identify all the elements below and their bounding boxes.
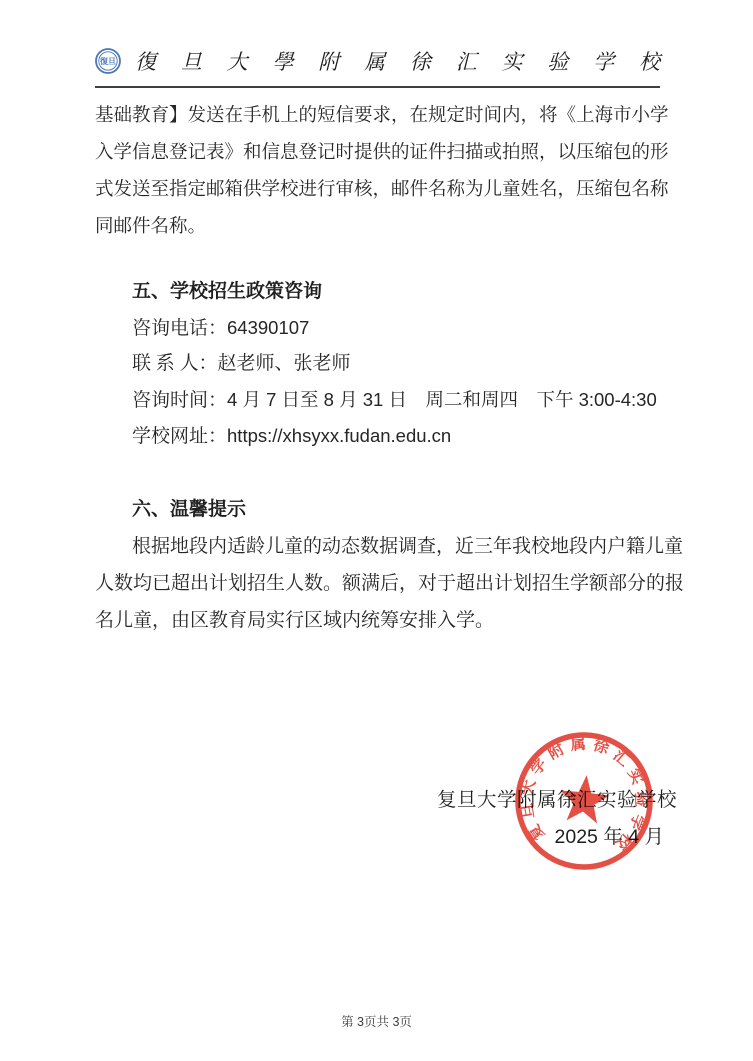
school-name-char: 附 — [318, 46, 339, 76]
page-header: 復旦 復 旦 大 學 附 属 徐 汇 实 验 学 校 — [95, 46, 660, 88]
consult-phone-value: 64390107 — [227, 317, 309, 338]
tips-paragraph: 根据地段内适龄儿童的动态数据调查，近三年我校地段内户籍儿童 人数均已超出计划招生… — [95, 528, 660, 639]
signature-date: 2025 年 4 月 — [437, 819, 664, 856]
school-name-char: 学 — [593, 46, 614, 76]
school-name-char: 实 — [502, 46, 523, 76]
signature-block: 复旦大学附属徐汇实验学校 2025 年 4 月 — [437, 782, 677, 856]
section5-heading: 五、学校招生政策咨询 — [95, 274, 660, 310]
fudan-seal-logo-icon: 復旦 — [95, 48, 121, 74]
document-page: 復旦 復 旦 大 學 附 属 徐 汇 实 验 学 校 基础教育】发送在手机上的短… — [0, 0, 753, 1061]
school-name-char: 大 — [227, 46, 248, 76]
paragraph-line: 同邮件名称。 — [95, 209, 660, 246]
consult-time-label: 咨询时间： — [132, 390, 227, 411]
school-website-label: 学校网址： — [132, 426, 227, 447]
school-name-char: 徐 — [410, 46, 431, 76]
consult-time-value: 4 月 7 日至 8 月 31 日 周二和周四 下午 3:00-4:30 — [227, 389, 657, 410]
school-name-char: 校 — [639, 46, 660, 76]
school-name-char: 汇 — [456, 46, 477, 76]
school-website-row: 学校网址：https://xhsyxx.fudan.edu.cn — [95, 418, 660, 454]
signature-school-name: 复旦大学附属徐汇实验学校 — [437, 782, 677, 819]
consult-time-row: 咨询时间：4 月 7 日至 8 月 31 日 周二和周四 下午 3:00-4:3… — [95, 382, 660, 418]
school-name-char: 验 — [547, 46, 568, 76]
paragraph-line: 根据地段内适龄儿童的动态数据调查，近三年我校地段内户籍儿童 — [95, 528, 660, 565]
school-name-char: 属 — [364, 46, 385, 76]
school-name-char: 復 — [135, 46, 156, 76]
section6-heading: 六、温馨提示 — [95, 492, 660, 528]
section-tips: 六、温馨提示 — [95, 492, 660, 528]
consult-phone-row: 咨询电话：64390107 — [95, 310, 660, 346]
school-name-char: 學 — [272, 46, 293, 76]
contact-person-value: 赵老师、张老师 — [218, 353, 351, 374]
paragraph-continued: 基础教育】发送在手机上的短信要求，在规定时间内，将《上海市小学 入学信息登记表》… — [95, 98, 660, 246]
paragraph-line: 人数均已超出计划招生人数。额满后，对于超出计划招生学额部分的报 — [95, 565, 660, 602]
school-name-char: 旦 — [181, 46, 202, 76]
section-consultation: 五、学校招生政策咨询 咨询电话：64390107 联 系 人：赵老师、张老师 咨… — [95, 274, 660, 454]
school-name-calligraphy: 復 旦 大 學 附 属 徐 汇 实 验 学 校 — [135, 46, 660, 76]
paragraph-line: 式发送至指定邮箱供学校进行审核，邮件名称为儿童姓名，压缩包名称 — [95, 172, 660, 209]
contact-person-row: 联 系 人：赵老师、张老师 — [95, 346, 660, 382]
school-website-url: https://xhsyxx.fudan.edu.cn — [227, 425, 451, 446]
logo-glyph: 復旦 — [100, 56, 116, 66]
consult-phone-label: 咨询电话： — [132, 318, 227, 339]
paragraph-line: 入学信息登记表》和信息登记时提供的证件扫描或拍照，以压缩包的形 — [95, 135, 660, 172]
page-number-footer: 第 3页共 3页 — [0, 1012, 753, 1030]
paragraph-line: 基础教育】发送在手机上的短信要求，在规定时间内，将《上海市小学 — [95, 98, 660, 135]
paragraph-line: 名儿童，由区教育局实行区域内统筹安排入学。 — [95, 602, 660, 639]
contact-person-label: 联 系 人： — [132, 353, 218, 374]
